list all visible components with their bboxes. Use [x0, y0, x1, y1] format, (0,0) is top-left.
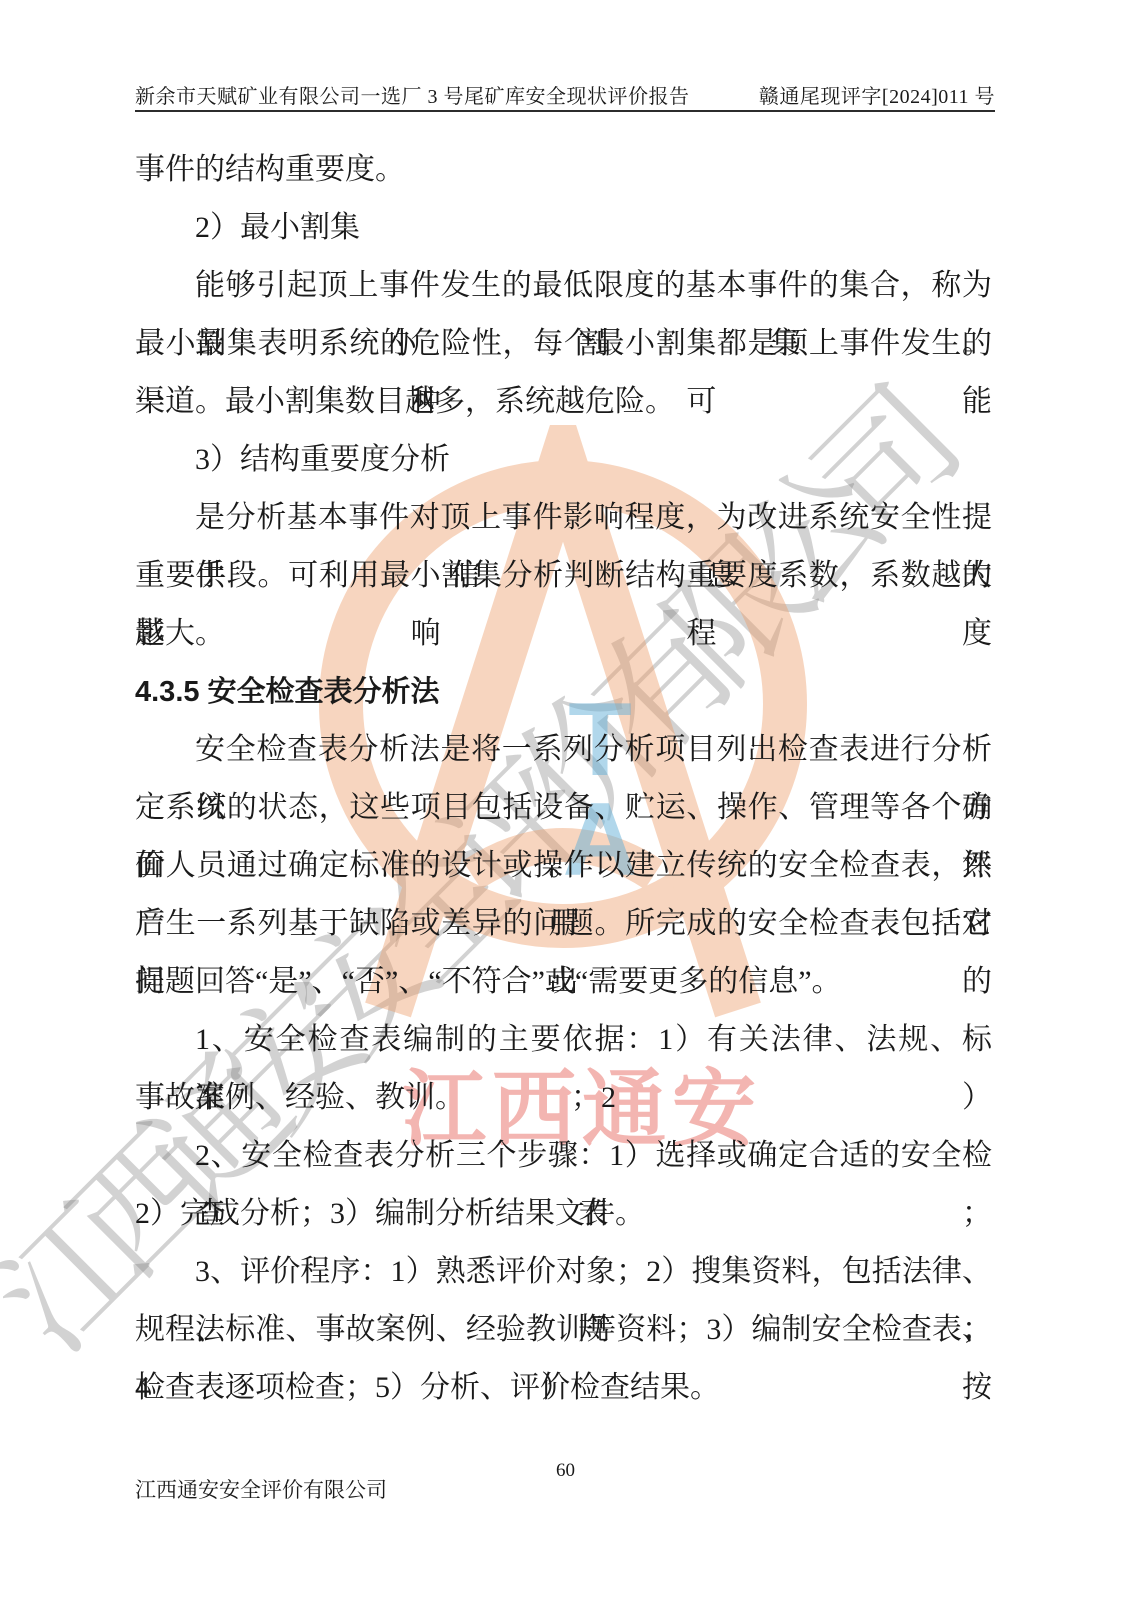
- body-lines: 事件的结构重要度。2）最小割集能够引起顶上事件发生的最低限度的基本事件的集合，称…: [135, 141, 992, 1417]
- body-line: 1、安全检查表编制的主要依据：1）有关法律、法规、标准；2）: [135, 1011, 992, 1069]
- body-line: 是分析基本事件对顶上事件影响程度，为改进系统安全性提供信息的: [135, 489, 992, 547]
- body-line: 3）结构重要度分析: [135, 431, 992, 489]
- body-line: 2、安全检查表分析三个步骤：1）选择或确定合适的安全检查表；: [135, 1127, 992, 1185]
- body-line: 3、评价程序：1）熟悉评价对象；2）搜集资料，包括法律、法规、: [135, 1243, 992, 1301]
- body-line: 安全检查表分析法是将一系列分析项目列出检查表进行分析以确: [135, 721, 992, 779]
- body-line: 最小割集表明系统的危险性，每个最小割集都是顶上事件发生的一种可能: [135, 315, 992, 373]
- body-line: 价人员通过确定标准的设计或操作以建立传统的安全检查表，然后用它: [135, 837, 992, 895]
- header-rule: [135, 110, 995, 112]
- body-line: 产生一系列基于缺陷或差异的问题。所完成的安全检查表包括对提出的: [135, 895, 992, 953]
- header-document-number: 赣通尾现评字[2024]011 号: [759, 80, 995, 109]
- body-line: 能够引起顶上事件发生的最低限度的基本事件的集合，称为最小割集。: [135, 257, 992, 315]
- header-report-title: 新余市天赋矿业有限公司一选厂 3 号尾矿库安全现状评价报告: [135, 80, 690, 109]
- page-header: 新余市天赋矿业有限公司一选厂 3 号尾矿库安全现状评价报告 赣通尾现评字[202…: [135, 80, 995, 109]
- section-heading: 4.3.5 安全检查表分析法: [135, 663, 992, 721]
- body-line: 2）最小割集: [135, 199, 992, 257]
- document-page: 江西通安安全评价有限公司 T A 江西通安 新余市天赋矿业有限公司一选厂 3 号…: [0, 0, 1131, 1600]
- footer-page-number: 60: [0, 1460, 1131, 1482]
- body-line: 事件的结构重要度。: [135, 141, 992, 199]
- body-line: 定系统的状态，这些项目包括设备、贮运、操作、管理等各个方面。评: [135, 779, 992, 837]
- body-line: 重要手段。可利用最小割集分析判断结构重要度系数，系数越大影响程度: [135, 547, 992, 605]
- body-line: 规程、标准、事故案例、经验教训等资料；3）编制安全检查表；4）按: [135, 1301, 992, 1359]
